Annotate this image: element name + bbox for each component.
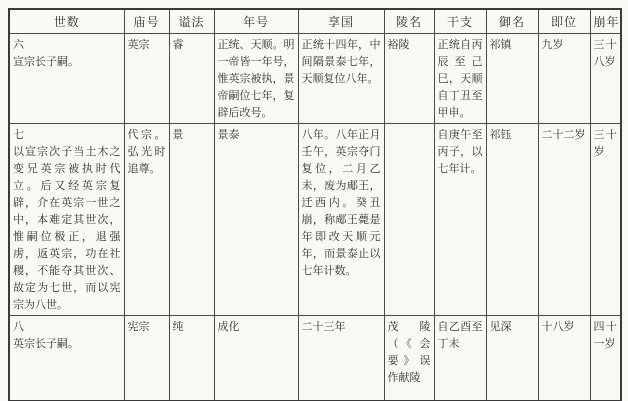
emperor-table: 世数 庙号 谥法 年号 享国 陵名 干支 御名 即位 崩年 六 宣宗长子嗣。 英… [8,8,622,401]
cell-era-name: 成化 [214,316,298,401]
cell-generation: 八 英宗长子嗣。 [9,316,124,401]
cell-given-name: 祁钰 [486,124,538,316]
accession-age-text: 二十二岁 [542,126,587,143]
cell-death-age: 四十一岁 [590,316,621,401]
table-row-yingzong: 六 宣宗长子嗣。 英宗 睿 正统、天顺。明一帝皆一年号，惟英宗被执，景帝嗣位七年… [9,34,621,124]
cell-posthumous: 景 [169,124,214,316]
cell-tomb: 裕陵 [384,34,434,124]
cell-temple-name: 代宗。弘光时追尊。 [124,124,169,316]
generation-number: 六 [13,36,121,53]
generation-lineage: 英宗长子嗣。 [13,335,121,352]
era-name-text: 正统、天顺。明一帝皆一年号，惟英宗被执，景帝嗣位七年，复辟后改号。 [218,36,295,121]
temple-name-text: 宪宗 [128,318,166,335]
col-header-era-name: 年号 [214,9,298,34]
cell-ganzhi: 自庚午至丙子，以七年计。 [434,124,486,316]
col-header-accession-age: 即位 [538,9,590,34]
cell-generation: 六 宣宗长子嗣。 [9,34,124,124]
cell-temple-name: 英宗 [124,34,169,124]
era-name-text: 成化 [218,318,295,335]
table-body: 六 宣宗长子嗣。 英宗 睿 正统、天顺。明一帝皆一年号，惟英宗被执，景帝嗣位七年… [9,34,621,401]
ganzhi-text: 自乙酉至丁未 [438,318,483,352]
cell-given-name: 祁镇 [486,34,538,124]
ganzhi-text: 自庚午至丙子，以七年计。 [438,126,483,177]
cell-ganzhi: 自乙酉至丁未 [434,316,486,401]
accession-age-text: 十八岁 [542,318,587,335]
cell-reign: 二十三年 [298,316,384,401]
death-age-text: 四十一岁 [594,318,618,352]
cell-era-name: 正统、天顺。明一帝皆一年号，惟英宗被执，景帝嗣位七年，复辟后改号。 [214,34,298,124]
posthumous-text: 景 [173,126,211,143]
cell-generation: 七 以宣宗次子当土木之变兄英宗被执时代立。后又经英宗复辟，介在英宗一世之中，本难… [9,124,124,316]
cell-temple-name: 宪宗 [124,316,169,401]
col-header-given-name: 御名 [486,9,538,34]
header-row: 世数 庙号 谥法 年号 享国 陵名 干支 御名 即位 崩年 [9,9,621,34]
reign-text: 八年。八年正月壬午，英宗夺门复位，二月乙未，废为郕王，迁西内。癸丑崩，称郕王薨是… [302,126,381,279]
cell-tomb [384,124,434,316]
cell-posthumous: 纯 [169,316,214,401]
col-header-tomb: 陵名 [384,9,434,34]
given-name-text: 祁镇 [490,36,535,53]
col-header-generation: 世数 [9,9,124,34]
table-header: 世数 庙号 谥法 年号 享国 陵名 干支 御名 即位 崩年 [9,9,621,34]
col-header-ganzhi: 干支 [434,9,486,34]
col-header-temple-name: 庙号 [124,9,169,34]
tomb-text: 茂陵（《会要》误作献陵 [388,318,431,386]
accession-age-text: 九岁 [542,36,587,53]
generation-lineage: 以宣宗次子当土木之变兄英宗被执时代立。后又经英宗复辟，介在英宗一世之中，本难定其… [13,143,121,313]
cell-reign: 正统十四年，中间隔景泰七年，天顺复位八年。 [298,34,384,124]
col-header-posthumous: 谥法 [169,9,214,34]
era-name-text: 景泰 [218,126,295,143]
cell-accession-age: 二十二岁 [538,124,590,316]
col-header-reign: 享国 [298,9,384,34]
table-row-xianzong: 八 英宗长子嗣。 宪宗 纯 成化 二十三年 茂陵（《会要》误作献陵 自乙酉至丁未… [9,316,621,401]
reign-text: 正统十四年，中间隔景泰七年，天顺复位八年。 [302,36,381,87]
cell-death-age: 三十八岁 [590,34,621,124]
given-name-text: 祁钰 [490,126,535,143]
cell-ganzhi: 正统自丙辰至己巳，天顺自丁丑至甲申。 [434,34,486,124]
death-age-text: 三十岁 [594,126,618,160]
generation-lineage: 宣宗长子嗣。 [13,53,121,70]
temple-name-text: 代宗。弘光时追尊。 [128,126,166,177]
cell-given-name: 见深 [486,316,538,401]
posthumous-text: 睿 [173,36,211,53]
cell-death-age: 三十岁 [590,124,621,316]
scanned-page: 世数 庙号 谥法 年号 享国 陵名 干支 御名 即位 崩年 六 宣宗长子嗣。 英… [0,0,628,401]
temple-name-text: 英宗 [128,36,166,53]
table-row-daizong: 七 以宣宗次子当土木之变兄英宗被执时代立。后又经英宗复辟，介在英宗一世之中，本难… [9,124,621,316]
cell-posthumous: 睿 [169,34,214,124]
generation-number: 八 [13,318,121,335]
tomb-text: 裕陵 [388,36,431,53]
cell-era-name: 景泰 [214,124,298,316]
ganzhi-text: 正统自丙辰至己巳，天顺自丁丑至甲申。 [438,36,483,121]
posthumous-text: 纯 [173,318,211,335]
col-header-death-age: 崩年 [590,9,621,34]
reign-text: 二十三年 [302,318,381,335]
cell-accession-age: 九岁 [538,34,590,124]
death-age-text: 三十八岁 [594,36,618,70]
cell-accession-age: 十八岁 [538,316,590,401]
given-name-text: 见深 [490,318,535,335]
cell-reign: 八年。八年正月壬午，英宗夺门复位，二月乙未，废为郕王，迁西内。癸丑崩，称郕王薨是… [298,124,384,316]
cell-tomb: 茂陵（《会要》误作献陵 [384,316,434,401]
generation-number: 七 [13,126,121,143]
